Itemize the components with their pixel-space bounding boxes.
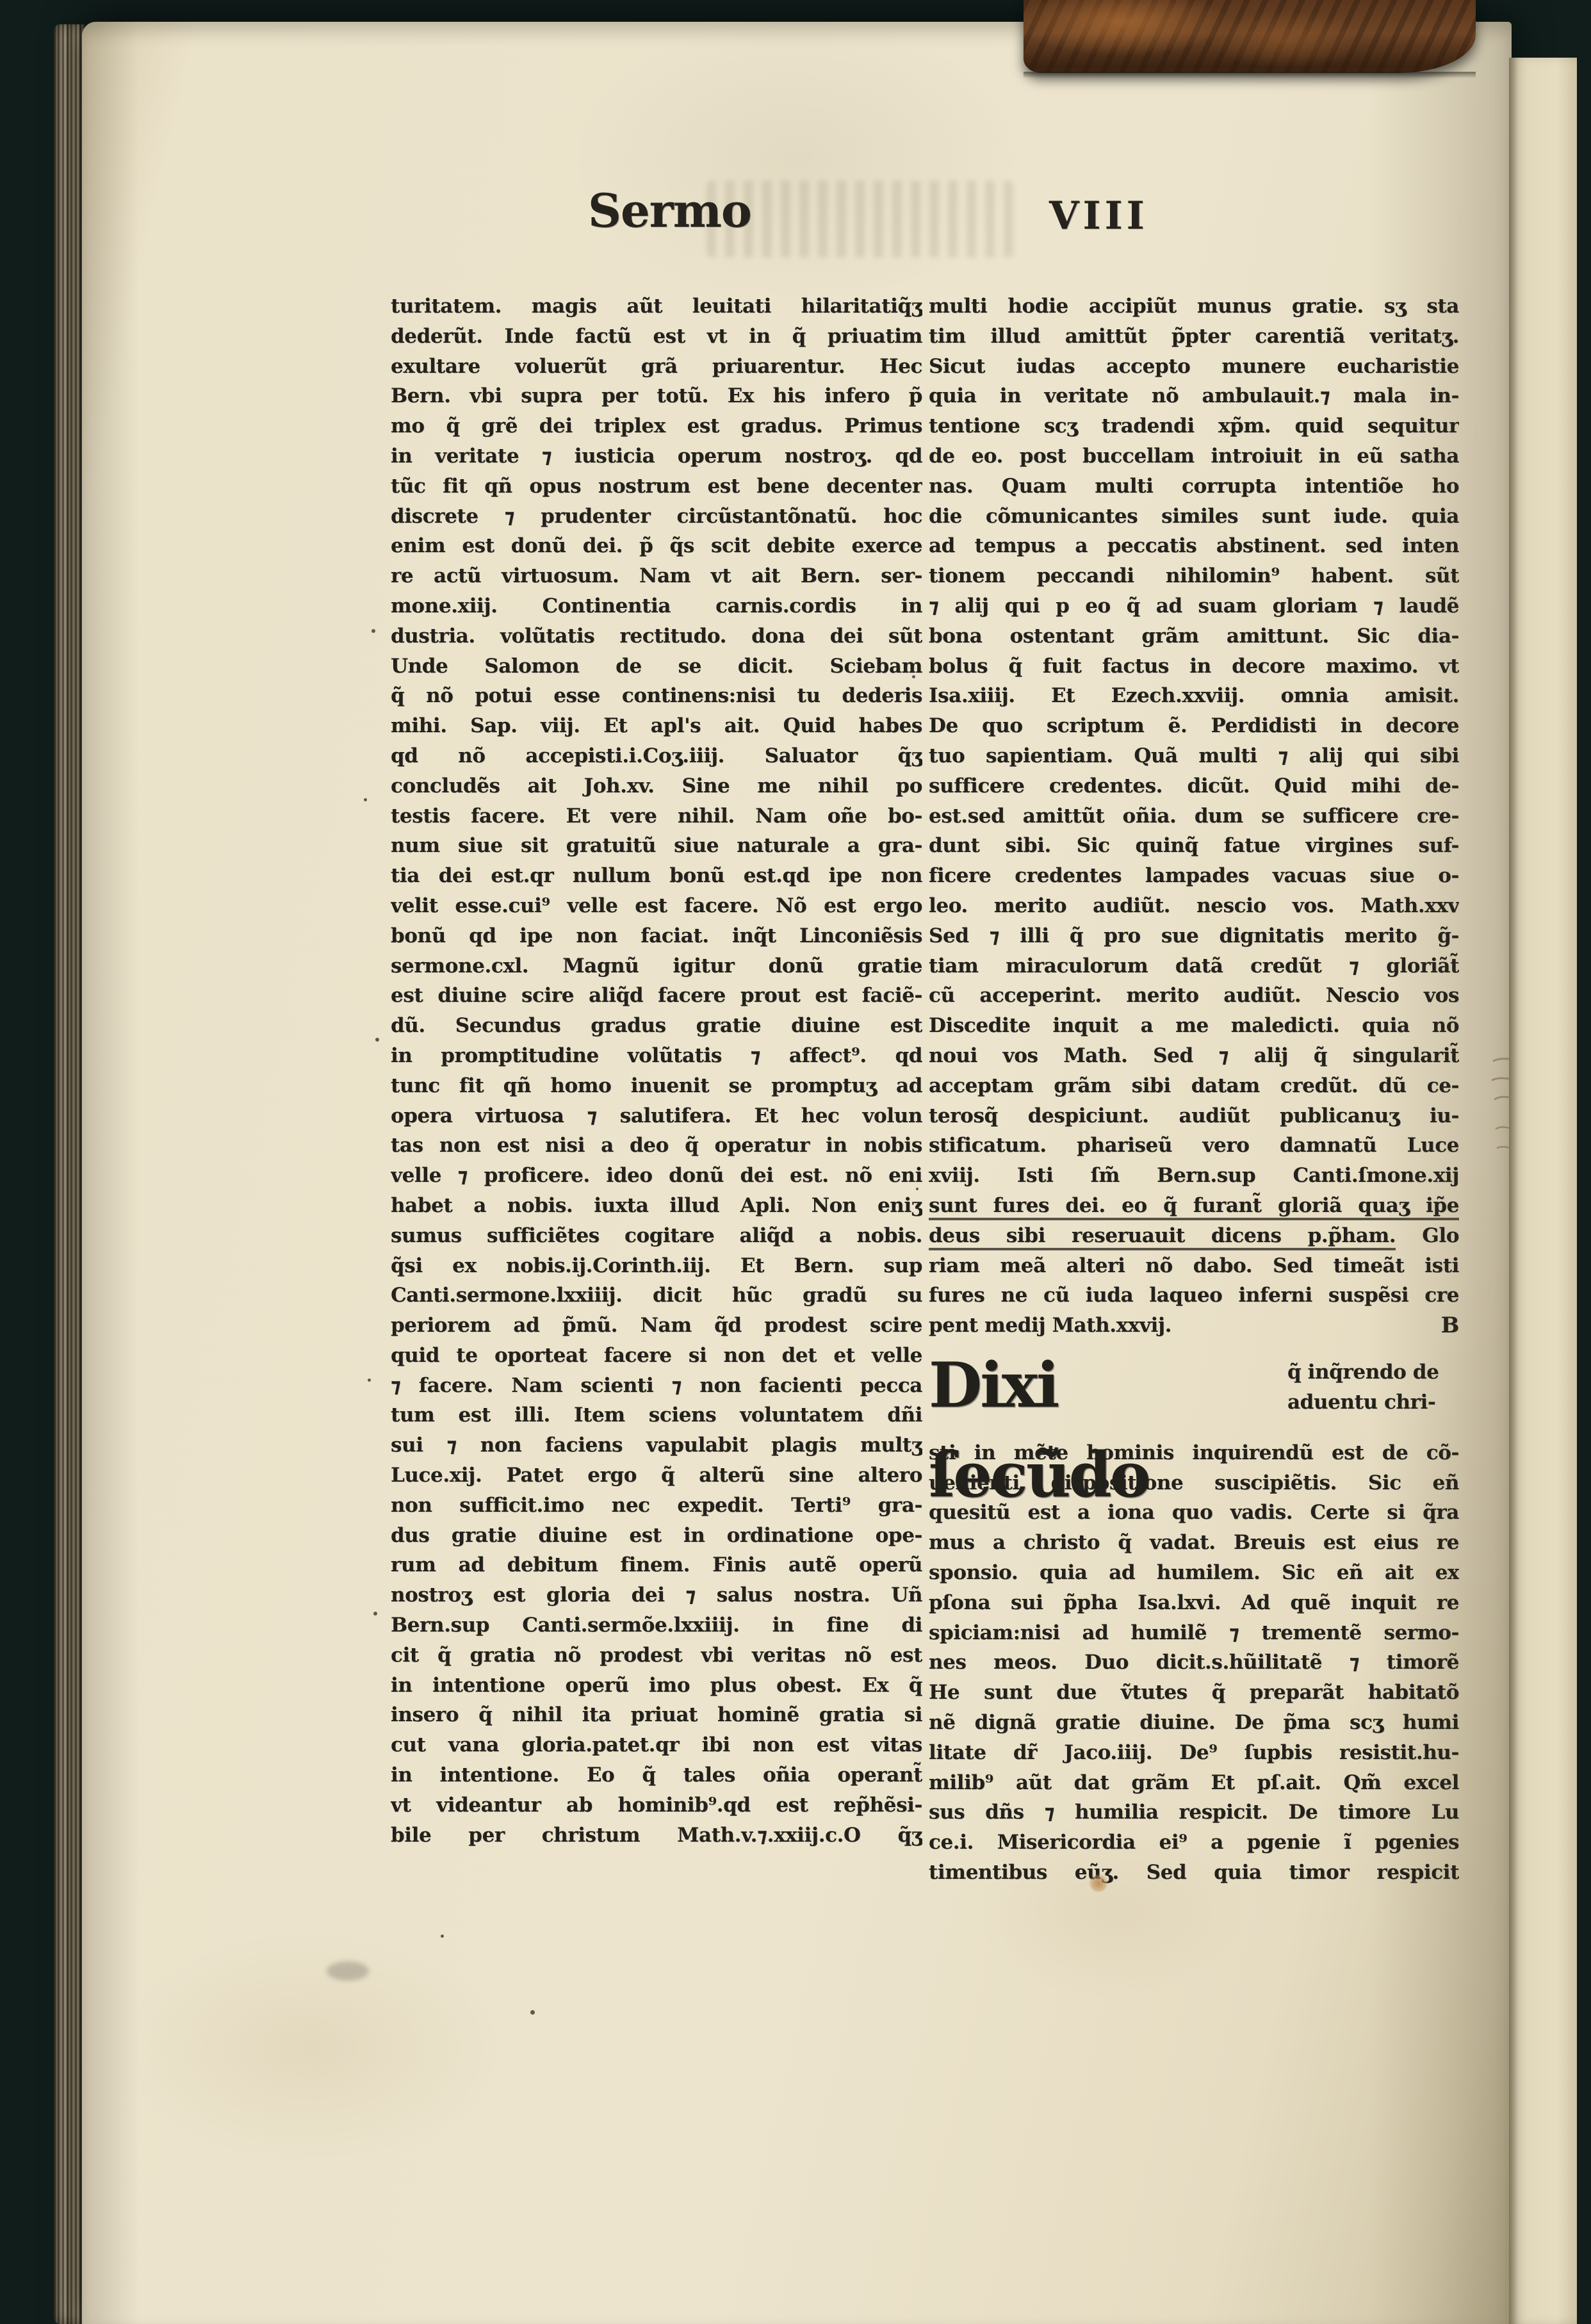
text-line: bolus q̃ fuit factus in decore maximo. v… [929,651,1459,682]
text-line: bile per christum Math.v.⁊.xxiij.c.O q̃ʒ [391,1821,922,1851]
leather-binding [1024,0,1476,73]
text-line: q̃si ex nobis.ij.Corinth.iij. Et Bern. s… [391,1251,922,1281]
text-line: cũ acceperint. merito audiũt. Nescio vos [929,981,1459,1011]
text-line: quia in veritate nõ ambulauit.⁊ mala in- [929,381,1459,411]
text-line: milib⁹ aũt dat grãm Et pſ.ait. Qm̃ excel [929,1768,1459,1798]
text-line: tuo sapientiam. Quã multi ⁊ alij qui sib… [929,741,1459,771]
text-line: q̃ nõ potui esse continens:nisi tu deder… [391,681,922,711]
text-line: opera virtuosa ⁊ salutifera. Et hec volu… [391,1101,922,1131]
paper-stain [1089,1874,1108,1892]
text-line: enim est donũ dei. p̃ q̃s scit debite ex… [391,531,922,561]
text-line: sponsio. quia ad humilem. Sic eñ ait ex [929,1558,1459,1588]
text-line: Bern.sup Canti.sermõe.lxxiiij. in fine d… [391,1610,922,1641]
text-line: terosq̃ despiciunt. audiũt publicanuʒ iu… [929,1101,1459,1131]
text-line: dustria. volũtatis rectitudo. dona dei s… [391,621,922,651]
text-line: ficere credentes lampades vacuas siue o- [929,861,1459,891]
column-segment-bottom: sti in mẽte hominis inquirendũ est de cõ… [929,1438,1459,1888]
text-line: Bern. vbi supra per totũ. Ex his infero … [391,381,922,411]
text-line: dũ. Secundus gradus gratie diuine est [391,1011,922,1041]
text-line: sumus sufficiẽtes cogitare aliq̃d a nobi… [391,1221,922,1251]
text-line: sus dñs ⁊ humilia respicit. De timore Lu [929,1797,1459,1828]
text-line: noui vos Math. Sed ⁊ alij q̃ singularit̃ [929,1041,1459,1071]
ink-speck [368,1379,371,1382]
catchline-row: pent medij Math.xxvij. B [929,1311,1459,1341]
ink-speck [375,1038,379,1042]
running-title: Sermo [588,183,751,238]
text-column-right: multi hodie accipiũt munus gratie. sʒ st… [929,291,1459,1888]
text-line: stificatum. phariseũ vero damnatũ Luce [929,1131,1459,1161]
text-line: rum ad debitum finem. Finis autẽ operũ [391,1550,922,1580]
text-line: ⁊ facere. Nam scienti ⁊ non facienti pec… [391,1371,922,1401]
ink-speck [530,2010,535,2015]
text-line: nostroʒ est gloria dei ⁊ salus nostra. U… [391,1580,922,1610]
text-line: tũc fit qñ opus nostrum est bene decente… [391,471,922,502]
text-line: ad tempus a peccatis abstinent. sed inte… [929,531,1459,561]
text-line: riam meã alteri nõ dabo. Sed timeãt isti [929,1251,1459,1281]
text-line: nẽ dignã gratie diuine. De p̃ma scʒ humi [929,1708,1459,1738]
text-line: Sicut iudas accepto munere eucharistie [929,352,1459,382]
text-line: testis facere. Et vere nihil. Nam oñe bo… [391,801,922,831]
text-line: fures ne cũ iuda laqueo inferni suspẽsi … [929,1281,1459,1311]
text-line: ce.i. Misericordia ei⁹ a pgenie ĩ pgenie… [929,1828,1459,1858]
text-line: tas non est nisi a deo q̃ operatur in no… [391,1131,922,1161]
text-line: quesitũ est a iona quo vadis. Certe si q… [929,1498,1459,1528]
hand-underlined-text: sunt fures dei. eo q̃ furant̃ gloriã qua… [929,1194,1459,1220]
text-line: bona ostentant grãm amittunt. Sic dia- [929,621,1459,651]
text-line: Unde Salomon de se dicit. Sciebam [391,651,922,682]
text-line: q̃ inq̃rendo de [1287,1357,1459,1387]
text-line: non sufficit.imo nec expedit. Terti⁹ gra… [391,1491,922,1521]
text-line: Discedite inquit a me maledicti. quia nõ [929,1011,1459,1041]
text-column-left: turitatem. magis aũt leuitati hilaritati… [391,291,922,1850]
text-line: in intentione. Eo q̃ tales oñia operant̃ [391,1760,922,1790]
column-segment-top: multi hodie accipiũt munus gratie. sʒ st… [929,291,1459,1311]
text-line: Canti.sermone.lxxiiij. dicit hũc gradũ s… [391,1281,922,1311]
section-heading: Dixi ſecũdo q̃ inq̃rendo de aduentu chri… [929,1341,1459,1438]
text-line: est diuine scire aliq̃d facere prout est… [391,981,922,1011]
adjacent-page-edge [1509,58,1577,2324]
text-line: tiam miraculorum datã credũt ⁊ gloriãt̃ [929,951,1459,981]
text-line: spiciam:nisi ad humilẽ ⁊ trementẽ sermo- [929,1618,1459,1648]
text-line: cit q̃ gratia nõ prodest vbi veritas nõ … [391,1641,922,1671]
text-line: litate dr̃ Jaco.iiij. De⁹ ſupbis resisti… [929,1738,1459,1768]
ink-speck [364,798,367,801]
section-side-lines: q̃ inq̃rendo de aduentu chri- [1287,1341,1459,1438]
text-line: tia dei est.qr nullum bonũ est.qd ipe no… [391,861,922,891]
text-line: sufficere credentes. dicũt. Quid mihi de… [929,771,1459,801]
text-line: timentibus eũʒ. Sed quia timor respicit [929,1858,1459,1888]
text-line: deus sibi reseruauit dicens p.p̃ham. Glo [929,1221,1459,1251]
show-through-text [706,181,1014,258]
text-line: quid te oporteat facere si non det et ve… [391,1341,922,1371]
ink-speck [916,1188,918,1190]
text-line: num siue sit gratuitũ siue naturale a gr… [391,831,922,861]
text-line: velle ⁊ proficere. ideo donũ dei est. nõ… [391,1161,922,1191]
text-line: mihi. Sap. viij. Et apl's ait. Quid habe… [391,711,922,741]
text-line: aduentu chri- [1287,1387,1459,1418]
text-line: tionem peccandi nihilomin⁹ habent. sũt [929,561,1459,591]
text-line: periorem ad p̃mũ. Nam q̃d prodest scire [391,1311,922,1341]
text-line: de eo. post buccellam introiuit in eũ sa… [929,441,1459,471]
text-line: vt videantur ab hominib⁹.qd est rep̃hẽsi… [391,1790,922,1821]
section-incipit: Dixi ſecũdo [929,1341,1287,1438]
text-line: discrete ⁊ prudenter circũstantõnatũ. ho… [391,502,922,532]
text-line: ⁊ alij qui p eo q̃ ad suam gloriam ⁊ lau… [929,591,1459,621]
text-line: tum est illi. Item sciens voluntatem dñi [391,1400,922,1430]
hand-underlined-text: deus sibi reseruauit dicens p.p̃ham. [929,1224,1396,1250]
text-line: Sed ⁊ illi q̃ pro sue dignitatis merito … [929,921,1459,951]
quire-signature: B [1441,1311,1459,1341]
ink-speck [371,629,375,633]
text-line: tunc fit qñ homo inuenit se promptuʒ ad [391,1071,922,1101]
text-line: He sunt due ṽtutes q̃ preparãt habitatõ [929,1678,1459,1708]
book-leaf-edges [54,24,85,2324]
text-line: habet a nobis. iuxta illud Apli. Non eni… [391,1191,922,1221]
text-line: in promptitudine volũtatis ⁊ affect⁹. qd [391,1041,922,1071]
photograph-background: Sermo VIII turitatem. magis aũt leuitati… [0,0,1591,2324]
text-line: die cõmunicantes similes sunt iude. quia [929,502,1459,532]
text-line: dus gratie diuine est in ordinatione ope… [391,1521,922,1551]
catchline-text: pent medij Math.xxvij. [929,1311,1171,1341]
text-line: sti in mẽte hominis inquirendũ est de cõ… [929,1438,1459,1468]
text-line: Luce.xij. Patet ergo q̃ alterũ sine alte… [391,1461,922,1491]
text-line: pſona sui p̃pha Isa.lxvi. Ad quẽ inquit … [929,1588,1459,1618]
text-line: cut vana gloria.patet.qr ibi non est vit… [391,1730,922,1760]
text-line: mone.xiij. Continentia carnis.cordis in [391,591,922,621]
text-line: leo. merito audiũt. nescio vos. Math.xxv [929,891,1459,921]
ink-speck [373,1612,377,1616]
text-line: bonũ qd ipe non faciat. inq̃t Linconiẽsi… [391,921,922,951]
text-line: in intentione operũ imo plus obest. Ex q… [391,1671,922,1701]
text-line: De quo scriptum ẽ. Perdidisti in decore [929,711,1459,741]
text-line: insero q̃ nihil ita priuat hominẽ gratia… [391,1700,922,1730]
text-line: dederũt. Inde factũ est vt in q̃ priuati… [391,322,922,352]
ink-speck [912,675,915,678]
text-segment: Glo [1396,1224,1459,1247]
text-line: tim illud amittũt p̃pter carentiã verita… [929,322,1459,352]
text-line: turitatem. magis aũt leuitati hilaritati… [391,291,922,322]
text-line: mo q̃ grẽ dei triplex est gradus. Primus [391,411,922,441]
text-line: sui ⁊ non faciens vapulabit plagis multʒ [391,1430,922,1461]
text-line: nes meos. Duo dicit.s.hũilitatẽ ⁊ timorẽ [929,1648,1459,1678]
text-line: qd nõ accepisti.i.Coʒ.iiij. Saluator q̃ʒ [391,741,922,771]
text-line: uenienti dispositione suscipiẽtis. Sic e… [929,1468,1459,1498]
folio-number: VIII [1049,193,1148,238]
scanned-book-photograph: { "page": { "header": { "title": "Sermo"… [0,0,1591,2324]
book-page: Sermo VIII turitatem. magis aũt leuitati… [82,22,1512,2324]
paper-smudge [327,1961,369,1981]
text-line: acceptam grãm sibi datam credũt. dũ ce- [929,1071,1459,1101]
text-line: sunt fures dei. eo q̃ furant̃ gloriã qua… [929,1191,1459,1221]
text-line: tentione scʒ tradendi xp̃m. quid sequitu… [929,411,1459,441]
text-line: nas. Quam multi corrupta intentiõe ho [929,471,1459,502]
text-line: xviij. Isti ſm̃ Bern.sup Canti.ſmone.xij [929,1161,1459,1191]
text-line: velit esse.cui⁹ velle est facere. Nõ est… [391,891,922,921]
text-line: exultare voluerũt grã priuarentur. Hec [391,352,922,382]
text-line: multi hodie accipiũt munus gratie. sʒ st… [929,291,1459,322]
text-line: concludẽs ait Joh.xv. Sine me nihil po [391,771,922,801]
text-line: dunt sibi. Sic quinq̃ fatue virgines suf… [929,831,1459,861]
text-line: mus a christo q̃ vadat. Breuis est eius … [929,1528,1459,1558]
text-line: est.sed amittũt oñia. dum se sufficere c… [929,801,1459,831]
text-line: in veritate ⁊ iusticia operum nostroʒ. q… [391,441,922,471]
ink-speck [441,1935,444,1938]
text-line: sermone.cxl. Magnũ igitur donũ gratie [391,951,922,981]
text-line: re actũ virtuosum. Nam vt ait Bern. ser- [391,561,922,591]
text-line: Isa.xiiij. Et Ezech.xxviij. omnia amisit… [929,681,1459,711]
